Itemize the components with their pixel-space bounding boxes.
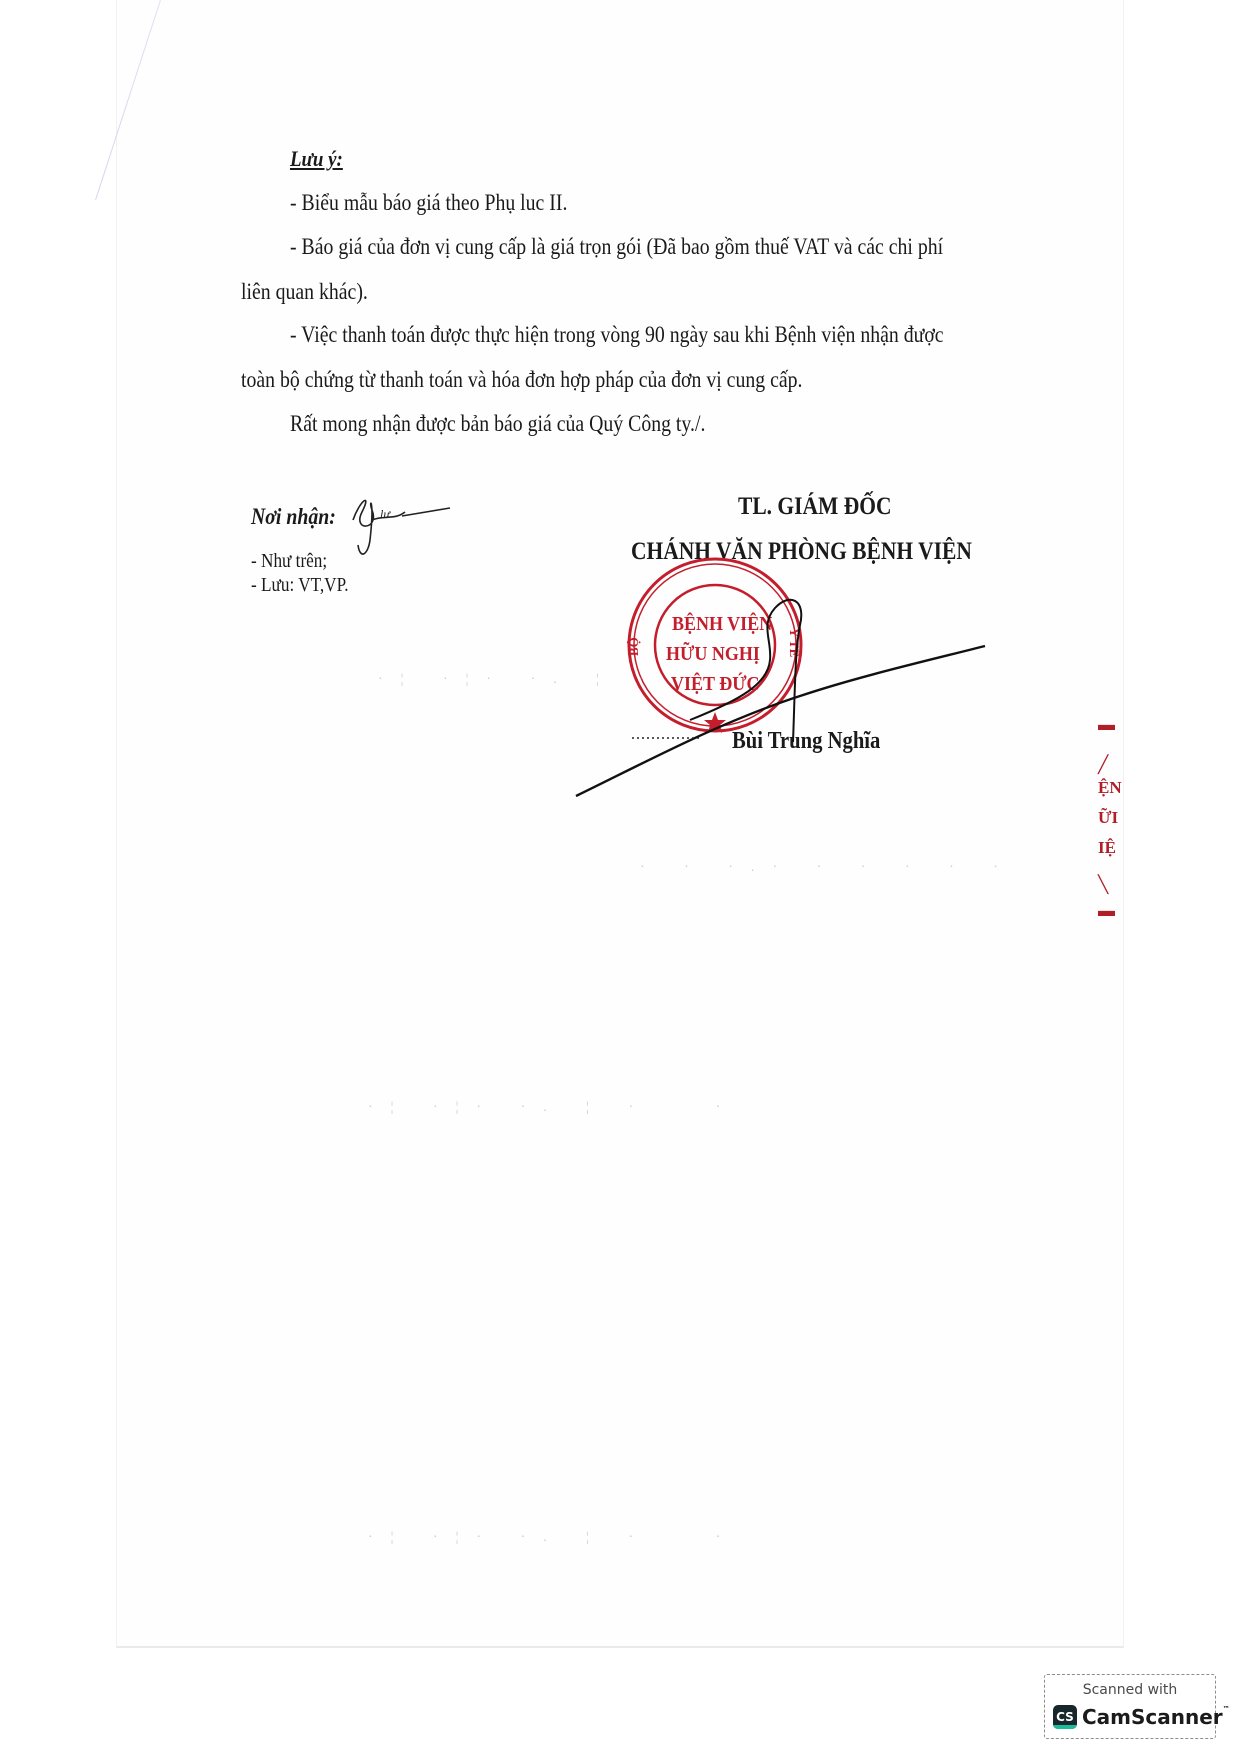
notes-heading: Lưu ý: <box>290 148 343 170</box>
stamp-line: BỆNH VIỆN <box>672 613 772 636</box>
note-line: toàn bộ chứng từ thanh toán và hóa đơn h… <box>241 368 802 391</box>
closing-line: Rất mong nhận được bản báo giá của Quý C… <box>290 412 705 435</box>
scan-noise: ·¦ ·¦· ·. ¦ · · <box>368 1100 738 1116</box>
camscanner-logo-icon: CS <box>1053 1705 1077 1729</box>
note-line: - Biểu mẫu báo giá theo Phụ luc II. <box>290 191 567 214</box>
note-line: - Báo giá của đơn vị cung cấp là giá trọ… <box>290 235 943 258</box>
stamp-ring-left: BỘ <box>626 637 641 656</box>
edge-stamp-fragment: ▬ ╱ ỆN ỮI IỆ ╲ ▬ <box>1094 715 1124 920</box>
signer-name: Bùi Trung Nghĩa <box>732 729 880 753</box>
stamp-ring-right: Y TẾ <box>787 628 802 657</box>
scan-noise: ·¦ ·¦· ·. ¦ · · <box>368 1530 738 1546</box>
recipient-item: - Như trên; <box>251 551 327 571</box>
recipient-item: - Lưu: VT,VP. <box>251 575 349 595</box>
recipients-heading: Nơi nhận: <box>251 505 336 528</box>
scan-noise: ·¦ ·¦· ·. ¦ · <box>378 672 661 688</box>
scanner-brand: CamScanner™ <box>1082 1705 1230 1729</box>
scanner-caption: Scanned with <box>1045 1682 1215 1698</box>
camscanner-badge: Scanned with CS CamScanner™ <box>1044 1674 1216 1739</box>
note-line: - Việc thanh toán được thực hiện trong v… <box>290 323 944 346</box>
scan-noise: · · ·.· · · · · · <box>640 860 1016 876</box>
signature-title: TL. GIÁM ĐỐC <box>738 494 891 519</box>
stamp-line: HỮU NGHỊ <box>666 643 760 666</box>
stamp-line: VIỆT ĐỨC <box>671 673 760 696</box>
note-line: liên quan khác). <box>241 280 368 303</box>
